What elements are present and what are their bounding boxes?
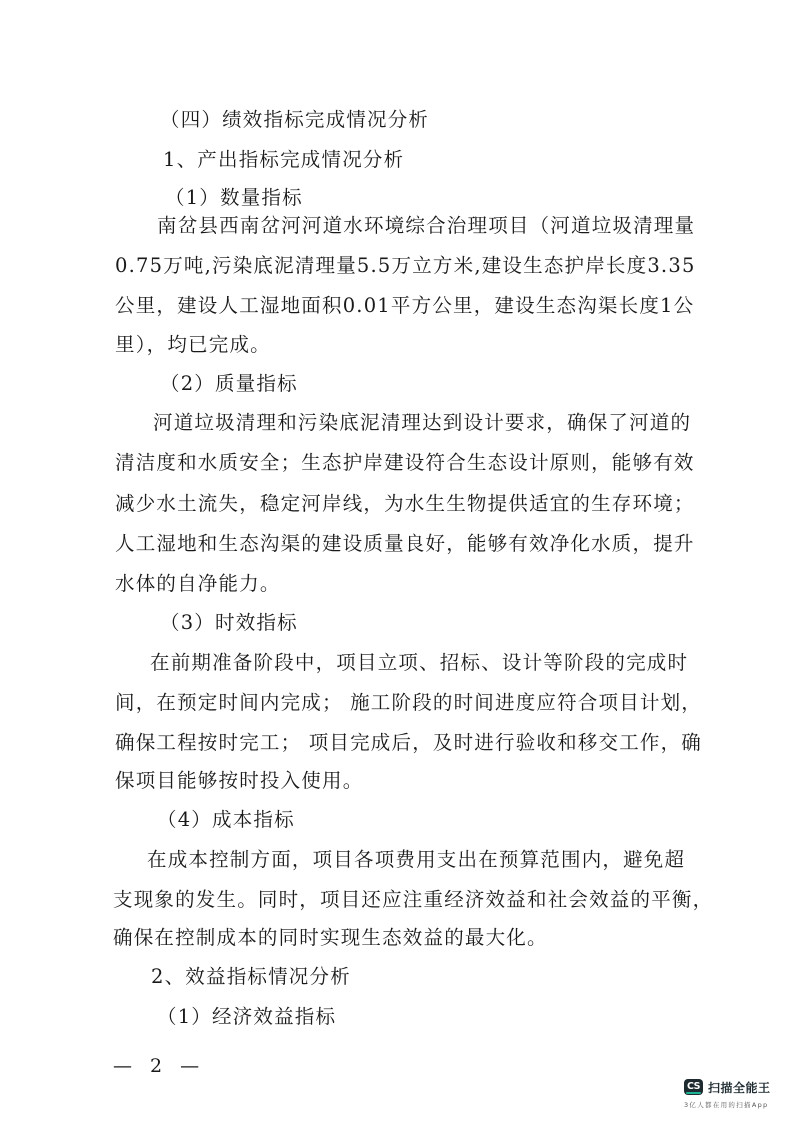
- subsection-heading: 1、产出指标完成情况分析: [163, 146, 723, 174]
- paragraph-line: 水体的自净能力。: [115, 570, 675, 598]
- paragraph-line: 清洁度和水质安全；生态护岸建设符合生态设计原则，能够有效: [115, 449, 678, 477]
- item-heading: （1）经济效益指标: [157, 1003, 717, 1031]
- paragraph-line: 间，在预定时间内完成； 施工阶段的时间进度应符合项目计划，: [115, 689, 678, 717]
- paragraph-line: 在成本控制方面，项目各项费用支出在预算范围内，避免超: [147, 846, 678, 874]
- paragraph-line: 人工湿地和生态沟渠的建设质量良好，能够有效净化水质，提升: [115, 530, 678, 558]
- paragraph-line: 在前期准备阶段中，项目立项、招标、设计等阶段的完成时: [150, 649, 678, 677]
- paragraph-line: 里），均已完成。: [115, 331, 675, 359]
- watermark-subtitle: 3亿人都在用的扫描App: [684, 1100, 790, 1109]
- paragraph-line: 南岔县西南岔河河道水环境综合治理项目（河道垃圾清理量: [157, 212, 678, 240]
- paragraph-line: 保项目能够按时投入使用。: [115, 767, 675, 795]
- document-page: （四）绩效指标完成情况分析 1、产出指标完成情况分析 （1）数量指标 南岔县西南…: [0, 0, 793, 1122]
- camscanner-logo-icon: CS: [684, 1079, 703, 1095]
- page-number: — 2 —: [113, 1052, 205, 1080]
- paragraph-line: 确保工程按时完工； 项目完成后，及时进行验收和移交工作，确: [115, 729, 678, 757]
- item-heading: （3）时效指标: [160, 609, 720, 637]
- paragraph-line: 河道垃圾清理和污染底泥清理达到设计要求，确保了河道的: [153, 409, 678, 437]
- item-heading: （1）数量指标: [165, 184, 725, 212]
- item-heading: （4）成本指标: [157, 806, 717, 834]
- watermark-title: 扫描全能王: [708, 1079, 771, 1096]
- paragraph-line: 减少水土流失，稳定河岸线，为水生生物提供适宜的生存环境；: [115, 490, 678, 518]
- paragraph-line: 公里，建设人工湿地面积0.01平方公里，建设生态沟渠长度1公: [115, 292, 678, 320]
- paragraph-line: 支现象的发生。同时，项目还应注重经济效益和社会效益的平衡，: [113, 886, 678, 914]
- paragraph-line: 0.75万吨,污染底泥清理量5.5万立方米,建设生态护岸长度3.35: [115, 252, 678, 280]
- paragraph-line: 确保在控制成本的同时实现生态效益的最大化。: [113, 924, 673, 952]
- scanner-watermark: CS 扫描全能王 3亿人都在用的扫描App: [684, 1077, 790, 1117]
- subsection-heading: 2、效益指标情况分析: [151, 963, 711, 991]
- section-heading: （四）绩效指标完成情况分析: [160, 106, 720, 134]
- item-heading: （2）质量指标: [160, 370, 720, 398]
